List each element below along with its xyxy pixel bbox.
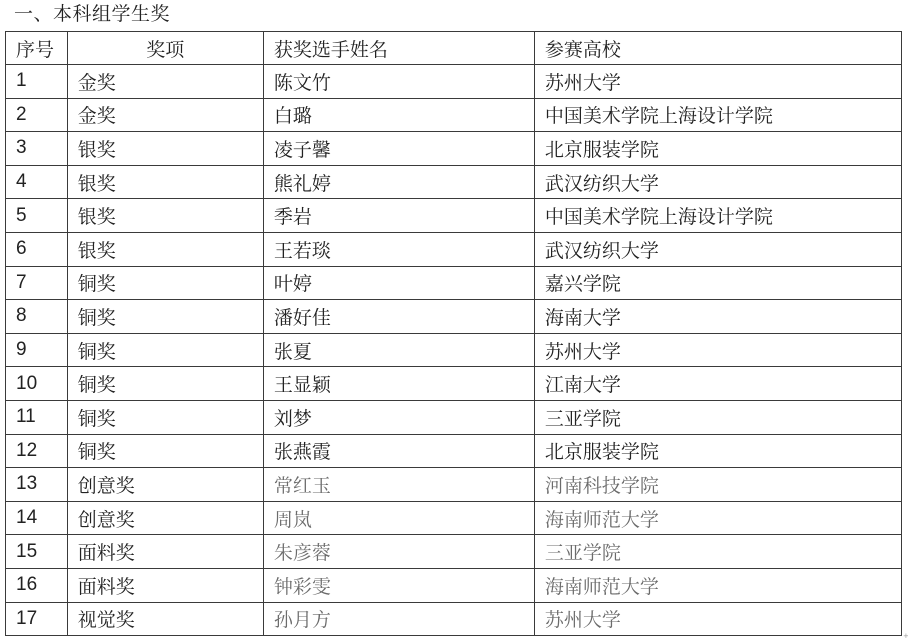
cell-no: 3 (6, 132, 68, 166)
table-row: 12 铜奖 张燕霞 北京服装学院 (6, 434, 902, 468)
cell-award: 创意奖 (67, 501, 263, 535)
cell-no: 13 (6, 468, 68, 502)
table-row: 2 金奖 白璐 中国美术学院上海设计学院 (6, 98, 902, 132)
cell-award: 铜奖 (67, 266, 263, 300)
cell-school: 江南大学 (534, 367, 901, 401)
cell-no: 5 (6, 199, 68, 233)
cell-no: 2 (6, 98, 68, 132)
cell-award: 铜奖 (67, 333, 263, 367)
cell-award: 面料奖 (67, 568, 263, 602)
cell-no: 6 (6, 232, 68, 266)
cell-name: 张夏 (263, 333, 534, 367)
table-row: 10 铜奖 王显颖 江南大学 (6, 367, 902, 401)
cell-school: 苏州大学 (534, 65, 901, 99)
cell-no: 8 (6, 300, 68, 334)
header-name: 获奖选手姓名 (263, 32, 534, 65)
cell-name: 张燕霞 (263, 434, 534, 468)
cell-school: 嘉兴学院 (534, 266, 901, 300)
cell-school: 海南师范大学 (534, 568, 901, 602)
cell-school: 海南师范大学 (534, 501, 901, 535)
cell-name: 刘梦 (263, 400, 534, 434)
table-row: 8 铜奖 潘好佳 海南大学 (6, 300, 902, 334)
table-row: 4 银奖 熊礼婷 武汉纺织大学 (6, 165, 902, 199)
table-header-row: 序号 奖项 获奖选手姓名 参赛高校 (6, 32, 902, 65)
cell-no: 17 (6, 602, 68, 636)
table-row: 9 铜奖 张夏 苏州大学 (6, 333, 902, 367)
cell-name: 白璐 (263, 98, 534, 132)
cell-school: 武汉纺织大学 (534, 232, 901, 266)
table-end-marker: + (903, 632, 908, 640)
cell-no: 10 (6, 367, 68, 401)
cell-name: 熊礼婷 (263, 165, 534, 199)
table-row: 17 视觉奖 孙月方 苏州大学 (6, 602, 902, 636)
header-no: 序号 (6, 32, 68, 65)
cell-school: 苏州大学 (534, 333, 901, 367)
cell-school: 苏州大学 (534, 602, 901, 636)
cell-school: 北京服装学院 (534, 132, 901, 166)
cell-name: 朱彦蓉 (263, 535, 534, 569)
cell-name: 钟彩雯 (263, 568, 534, 602)
cell-name: 潘好佳 (263, 300, 534, 334)
table-row: 13 创意奖 常红玉 河南科技学院 (6, 468, 902, 502)
cell-name: 王若琰 (263, 232, 534, 266)
table-row: 14 创意奖 周岚 海南师范大学 (6, 501, 902, 535)
cell-name: 孙月方 (263, 602, 534, 636)
cell-name: 周岚 (263, 501, 534, 535)
cell-award: 面料奖 (67, 535, 263, 569)
table-row: 15 面料奖 朱彦蓉 三亚学院 (6, 535, 902, 569)
cell-name: 季岩 (263, 199, 534, 233)
cell-award: 银奖 (67, 132, 263, 166)
cell-school: 三亚学院 (534, 400, 901, 434)
cell-name: 叶婷 (263, 266, 534, 300)
cell-award: 银奖 (67, 165, 263, 199)
cell-name: 王显颖 (263, 367, 534, 401)
header-school: 参赛高校 (534, 32, 901, 65)
cell-no: 1 (6, 65, 68, 99)
cell-school: 河南科技学院 (534, 468, 901, 502)
cell-award: 视觉奖 (67, 602, 263, 636)
cell-award: 铜奖 (67, 400, 263, 434)
table-row: 3 银奖 凌子馨 北京服装学院 (6, 132, 902, 166)
cell-award: 铜奖 (67, 367, 263, 401)
cell-school: 中国美术学院上海设计学院 (534, 98, 901, 132)
table-row: 16 面料奖 钟彩雯 海南师范大学 (6, 568, 902, 602)
cell-award: 创意奖 (67, 468, 263, 502)
table-row: 11 铜奖 刘梦 三亚学院 (6, 400, 902, 434)
cell-no: 12 (6, 434, 68, 468)
cell-no: 16 (6, 568, 68, 602)
cell-school: 中国美术学院上海设计学院 (534, 199, 901, 233)
table-row: 1 金奖 陈文竹 苏州大学 (6, 65, 902, 99)
cell-no: 4 (6, 165, 68, 199)
table-row: 6 银奖 王若琰 武汉纺织大学 (6, 232, 902, 266)
table-row: 7 铜奖 叶婷 嘉兴学院 (6, 266, 902, 300)
cell-award: 银奖 (67, 232, 263, 266)
cell-school: 三亚学院 (534, 535, 901, 569)
cell-no: 7 (6, 266, 68, 300)
cell-school: 武汉纺织大学 (534, 165, 901, 199)
section-title: 一、本科组学生奖 (14, 1, 170, 27)
cell-name: 凌子馨 (263, 132, 534, 166)
table-row: 5 银奖 季岩 中国美术学院上海设计学院 (6, 199, 902, 233)
cell-award: 金奖 (67, 98, 263, 132)
cell-award: 铜奖 (67, 434, 263, 468)
cell-award: 铜奖 (67, 300, 263, 334)
cell-school: 海南大学 (534, 300, 901, 334)
cell-award: 银奖 (67, 199, 263, 233)
cell-name: 陈文竹 (263, 65, 534, 99)
cell-no: 11 (6, 400, 68, 434)
cell-no: 9 (6, 333, 68, 367)
cell-no: 15 (6, 535, 68, 569)
cell-name: 常红玉 (263, 468, 534, 502)
header-award: 奖项 (67, 32, 263, 65)
cell-no: 14 (6, 501, 68, 535)
cell-school: 北京服装学院 (534, 434, 901, 468)
awards-table: 序号 奖项 获奖选手姓名 参赛高校 1 金奖 陈文竹 苏州大学 2 金奖 白璐 … (5, 31, 902, 636)
cell-award: 金奖 (67, 65, 263, 99)
